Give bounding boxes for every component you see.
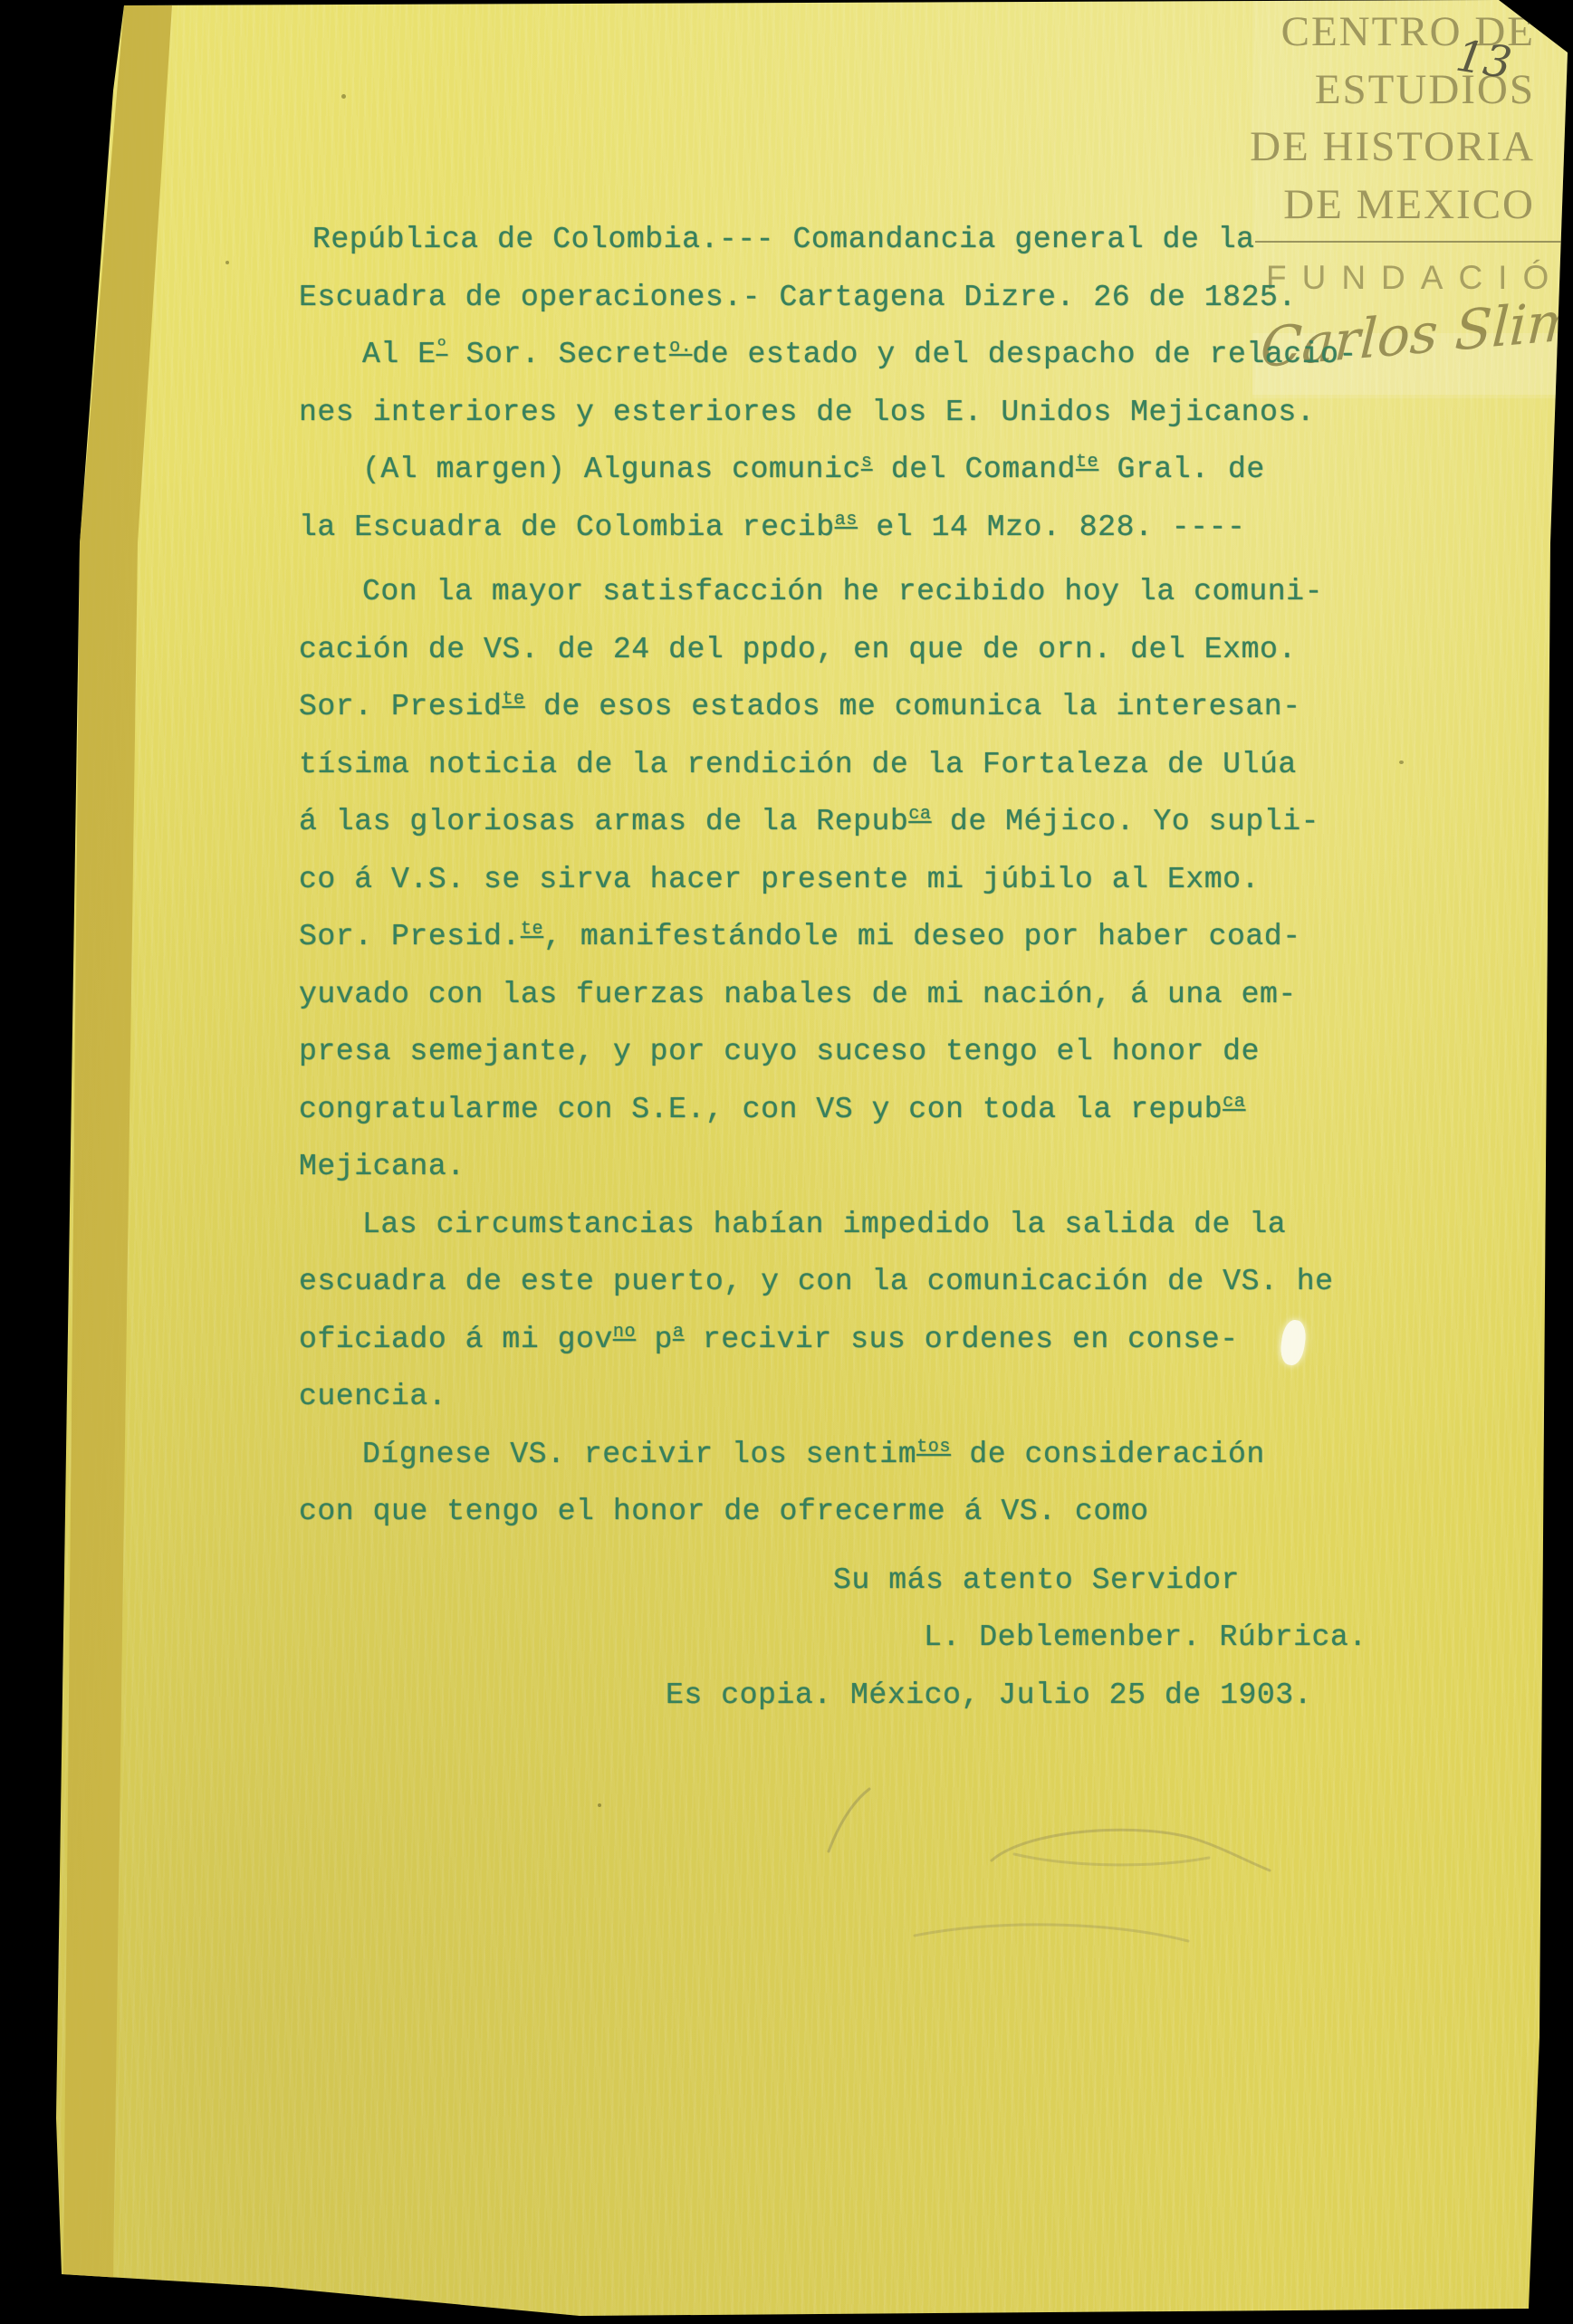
letter-line: presa semejante, y por cuyo suceso tengo… xyxy=(299,1023,1358,1081)
letter-line: congratularme con S.E., con VS y con tod… xyxy=(299,1081,1358,1139)
letter-line: nes interiores y esteriores de los E. Un… xyxy=(299,384,1358,442)
letter-line: cuencia. xyxy=(299,1368,1358,1426)
letter-line: Mejicana. xyxy=(299,1138,1358,1196)
handwritten-page-number: 13 xyxy=(1453,31,1515,90)
letter-line: Sor. Presid.te, manifestándole mi deseo … xyxy=(299,908,1358,966)
letter-line: yuvado con las fuerzas nabales de mi nac… xyxy=(299,966,1358,1024)
letter-line: la Escuadra de Colombia recibas el 14 Mz… xyxy=(299,499,1358,557)
letter-body: República de Colombia.--- Comandancia ge… xyxy=(299,211,1358,1724)
letter-line: Sor. Presidte de esos estados me comunic… xyxy=(299,678,1358,736)
paper-speck xyxy=(225,261,229,264)
paper-speck xyxy=(341,94,346,99)
letter-line: República de Colombia.--- Comandancia ge… xyxy=(312,211,1358,269)
watermark-line: DE HISTORIA xyxy=(1069,119,1535,177)
letter-line: Escuadra de operaciones.- Cartagena Dizr… xyxy=(299,269,1358,327)
letter-line: L. Deblemenber. Rúbrica. xyxy=(924,1609,1358,1667)
letter-line: á las gloriosas armas de la Repubca de M… xyxy=(299,793,1358,851)
letter-line: con que tengo el honor de ofrecerme á VS… xyxy=(299,1483,1358,1541)
letter-line: escuadra de este puerto, y con la comuni… xyxy=(299,1253,1358,1311)
paper-speck xyxy=(1399,760,1404,764)
letter-line: tísima noticia de la rendición de la For… xyxy=(299,736,1358,794)
letter-line: Su más atento Servidor xyxy=(833,1552,1358,1610)
pencil-scribble xyxy=(797,1774,1304,1965)
letter-line: Es copia. México, Julio 25 de 1903. xyxy=(666,1667,1358,1725)
letter-line: oficiado á mi govno pa recivir sus orden… xyxy=(299,1311,1358,1369)
letter-line: Las circumstancias habían impedido la sa… xyxy=(362,1196,1358,1254)
letter-line: Con la mayor satisfacción he recibido ho… xyxy=(362,563,1358,621)
paper-speck xyxy=(598,1803,601,1807)
letter-line: (Al margen) Algunas comunics del Comandt… xyxy=(362,441,1358,499)
letter-line: cación de VS. de 24 del ppdo, en que de … xyxy=(299,621,1358,679)
letter-line: co á V.S. se sirva hacer presente mi júb… xyxy=(299,851,1358,909)
document-paper: CENTRO DE ESTUDIOS DE HISTORIA DE MEXICO… xyxy=(0,0,1573,2324)
letter-line: Dígnese VS. recivir los sentimtos de con… xyxy=(362,1426,1358,1484)
letter-line: Al Eº Sor. Secreto.de estado y del despa… xyxy=(362,326,1358,384)
